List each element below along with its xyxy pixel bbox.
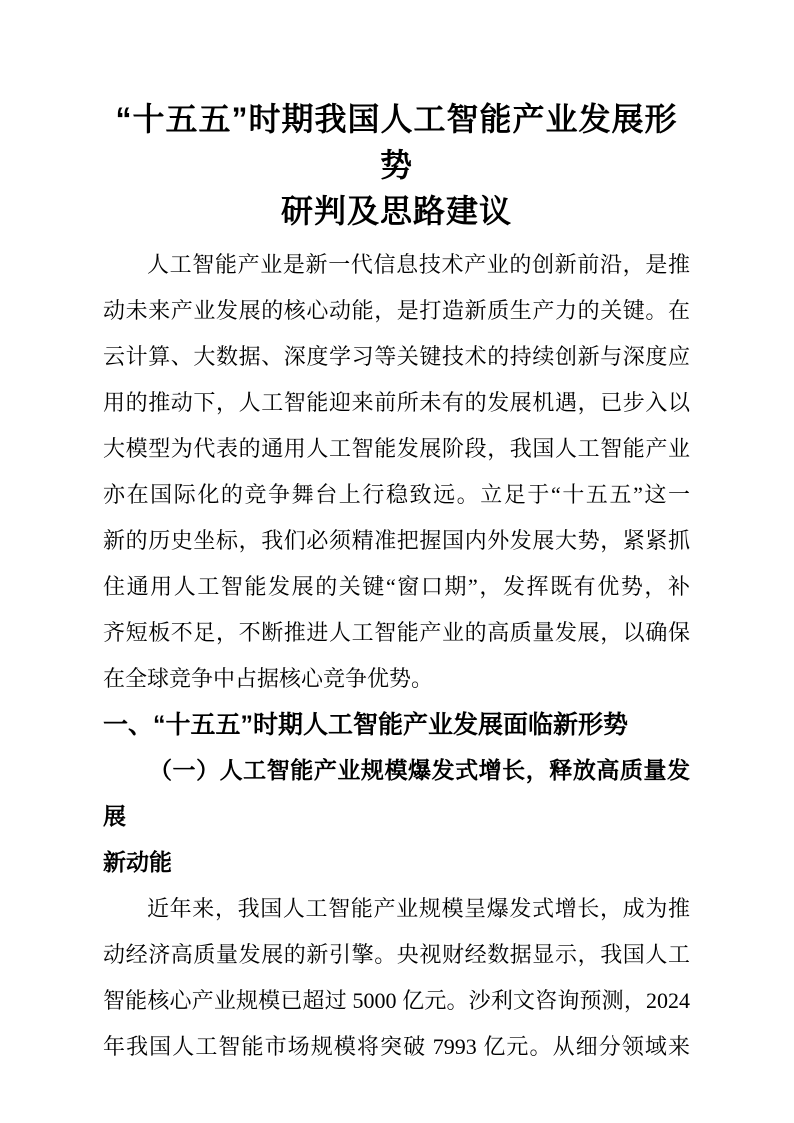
paragraph-intro-line: 住通用人工智能发展的关键“窗口期”，发挥既有优势，补 [103, 564, 690, 610]
section-heading-1: 一、“十五五”时期人工智能产业发展面临新形势 [103, 702, 690, 748]
paragraph-section-1-line: 动经济高质量发展的新引擎。央视财经数据显示，我国人工 [103, 932, 690, 978]
paragraph-section-1-line: 智能核心产业规模已超过 5000 亿元。沙利文咨询预测，2024 [103, 978, 690, 1024]
paragraph-intro-line: 新的历史坐标，我们必须精准把握国内外发展大势，紧紧抓 [103, 518, 690, 564]
paragraph-intro-line: 动未来产业发展的核心动能，是打造新质生产力的关键。在 [103, 288, 690, 334]
paragraph-intro-line: 齐短板不足，不断推进人工智能产业的高质量发展，以确保 [103, 610, 690, 656]
paragraph-intro-line: 亦在国际化的竞争舞台上行稳致远。立足于“十五五”这一 [103, 472, 690, 518]
document-title-line-2: 研判及思路建议 [103, 188, 690, 234]
paragraph-intro-line: 人工智能产业是新一代信息技术产业的创新前沿，是推 [103, 242, 690, 288]
paragraph-section-1-line: 近年来，我国人工智能产业规模呈爆发式增长，成为推 [103, 886, 690, 932]
subsection-heading-line: 新动能 [103, 840, 690, 886]
paragraph-intro-line: 大模型为代表的通用人工智能发展阶段，我国人工智能产业 [103, 426, 690, 472]
paragraph-intro-line: 云计算、大数据、深度学习等关键技术的持续创新与深度应 [103, 334, 690, 380]
paragraph-intro-line: 在全球竞争中占据核心竞争优势。 [103, 656, 690, 702]
paragraph-intro-line: 用的推动下，人工智能迎来前所未有的发展机遇，已步入以 [103, 380, 690, 426]
document-title-line-1: “十五五”时期我国人工智能产业发展形势 [103, 96, 690, 188]
subsection-heading-line: （一）人工智能产业规模爆发式增长，释放高质量发展 [103, 748, 690, 840]
document-title: “十五五”时期我国人工智能产业发展形势 研判及思路建议 [103, 96, 690, 234]
paragraph-intro: 人工智能产业是新一代信息技术产业的创新前沿，是推 动未来产业发展的核心动能，是打… [103, 242, 690, 702]
paragraph-section-1-line: 年我国人工智能市场规模将突破 7993 亿元。从细分领域来 [103, 1024, 690, 1070]
paragraph-section-1-body: 近年来，我国人工智能产业规模呈爆发式增长，成为推 动经济高质量发展的新引擎。央视… [103, 886, 690, 1070]
document-page: “十五五”时期我国人工智能产业发展形势 研判及思路建议 人工智能产业是新一代信息… [0, 0, 794, 1123]
subsection-heading-1-1: （一）人工智能产业规模爆发式增长，释放高质量发展 新动能 [103, 748, 690, 886]
